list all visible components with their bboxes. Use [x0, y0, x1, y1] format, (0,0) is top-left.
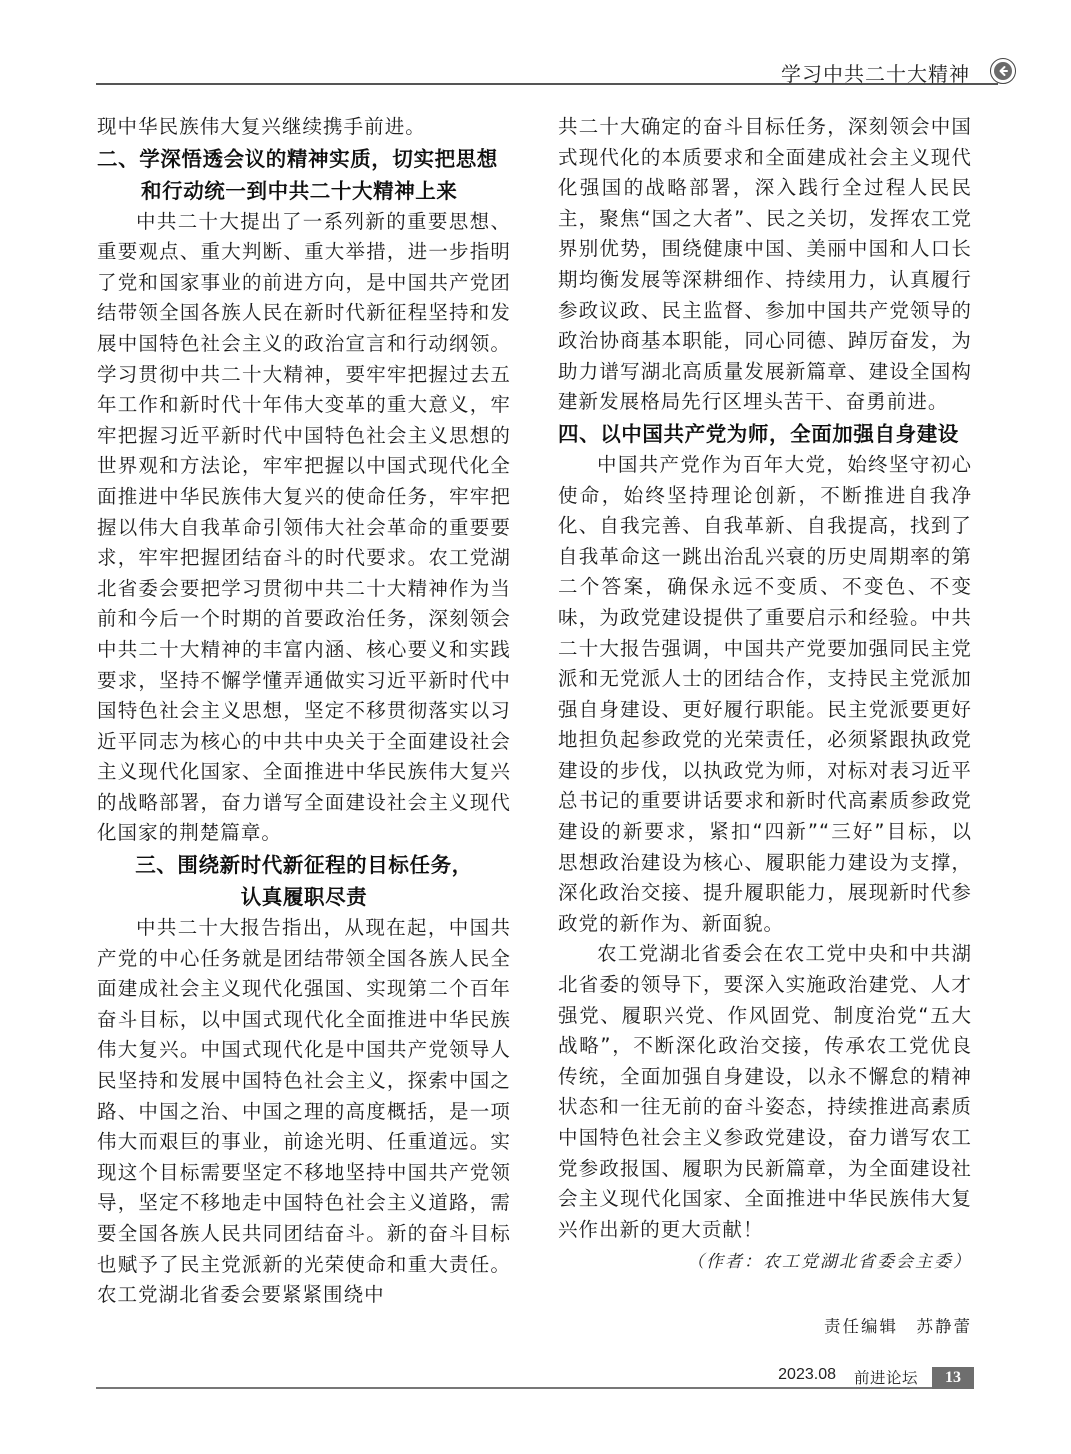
section-4-paragraph-1: 中国共产党作为百年大党，始终坚守初心使命，始终坚持理论创新，不断推进自我净化、自… [558, 450, 972, 940]
lead-line: 现中华民族伟大复兴继续携手前进。 [97, 112, 511, 143]
section-3-heading: 三、围绕新时代新征程的目标任务， 认真履职尽责 [97, 849, 511, 913]
issue-date: 2023.08 [778, 1366, 836, 1384]
responsible-editor: 责任编辑 苏静蕾 [558, 1312, 972, 1343]
section-2-heading: 二、学深悟透会议的精神实质，切实把思想 和行动统一到中共二十大精神上来 [97, 143, 511, 207]
section-4-heading: 四、以中国共产党为师，全面加强自身建设 [558, 418, 972, 450]
journal-name: 前进论坛 [854, 1366, 918, 1388]
footer-rule [96, 1387, 932, 1389]
author-byline: （作者：农工党湖北省委会主委） [558, 1247, 972, 1278]
header-rule [96, 83, 998, 85]
left-column: 现中华民族伟大复兴继续携手前进。 二、学深悟透会议的精神实质，切实把思想 和行动… [97, 112, 511, 1311]
section-3-heading-line1: 三、围绕新时代新征程的目标任务， [97, 849, 511, 881]
section-3-paragraph: 中共二十大报告指出，从现在起，中国共产党的中心任务就是团结带领全国各族人民全面建… [97, 913, 511, 1311]
right-column: 共二十大确定的奋斗目标任务，深刻领会中国式现代化的本质要求和全面建成社会主义现代… [558, 112, 972, 1343]
section-2-paragraph: 中共二十大提出了一系列新的重要思想、重要观点、重大判断、重大举措，进一步指明了党… [97, 207, 511, 849]
page-number: 13 [932, 1367, 974, 1389]
section-2-heading-line2: 和行动统一到中共二十大精神上来 [97, 175, 511, 207]
continuation-paragraph: 共二十大确定的奋斗目标任务，深刻领会中国式现代化的本质要求和全面建成社会主义现代… [558, 112, 972, 418]
section-4-paragraph-2: 农工党湖北省委会在农工党中央和中共湖北省委的领导下，要深入实施政治建党、人才强党… [558, 939, 972, 1245]
page-footer: 2023.08 前进论坛 13 [96, 1366, 976, 1390]
section-2-heading-line1: 二、学深悟透会议的精神实质，切实把思想 [97, 143, 511, 175]
running-header: 学习中共二十大精神 [96, 56, 1016, 86]
section-3-heading-line2: 认真履职尽责 [97, 881, 511, 913]
back-arrow-circle-icon [990, 58, 1016, 84]
